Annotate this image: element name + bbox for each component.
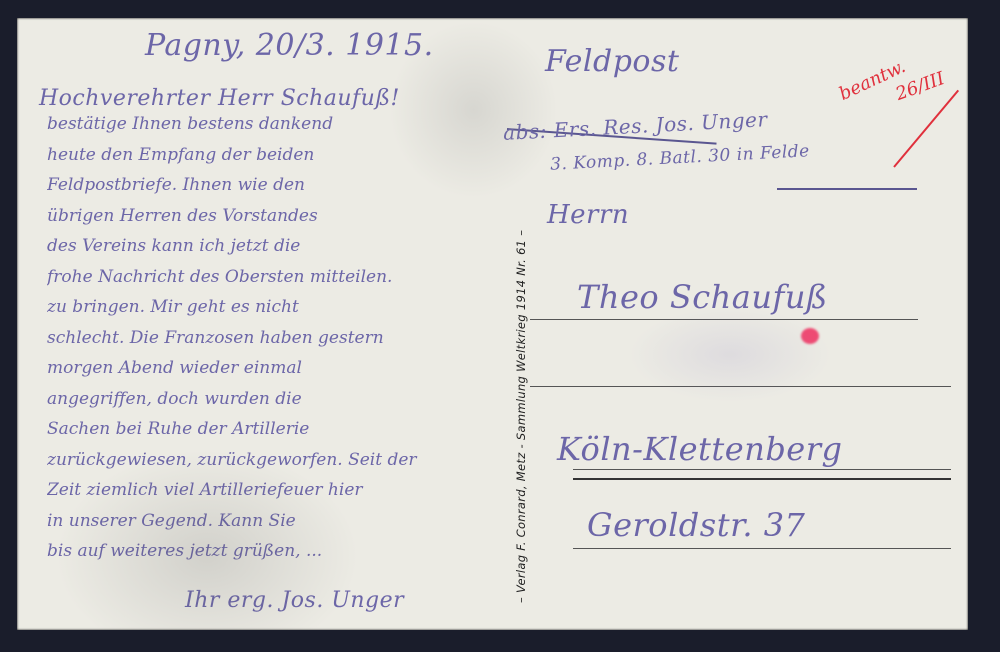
message-line: angegriffen, doch wurden die [47, 389, 477, 420]
recipient-city: Köln-Klettenberg [557, 430, 843, 468]
message-line: heute den Empfang der beiden [47, 145, 477, 176]
message-line: schlecht. Die Franzosen haben gestern [47, 328, 477, 359]
red-ink-spot [801, 328, 819, 344]
place-date: Pagny, 20/3. 1915. [145, 28, 434, 63]
recipient-name: Theo Schaufuß [577, 278, 828, 316]
signature: Ihr erg. Jos. Unger [185, 588, 404, 613]
address-line-2 [530, 386, 951, 387]
salutation: Hochverehrter Herr Schaufuß! [39, 86, 400, 111]
message-line: bestätige Ihnen bestens dankend [47, 114, 477, 145]
recipient-street: Geroldstr. 37 [587, 506, 805, 544]
postcard: Pagny, 20/3. 1915. Hochverehrter Herr Sc… [17, 18, 968, 630]
message-line: des Vereins kann ich jetzt die [47, 236, 477, 267]
message-line: zu bringen. Mir geht es nicht [47, 297, 477, 328]
publisher-imprint: – Verlag F. Conrard, Metz - Sammlung Wel… [514, 230, 528, 603]
recipient-title: Herrn [547, 200, 629, 230]
message-line: Zeit ziemlich viel Artilleriefeuer hier [47, 480, 477, 511]
address-line-3 [573, 469, 951, 470]
address-line-4 [573, 548, 951, 549]
message-line: übrigen Herren des Vorstandes [47, 206, 477, 237]
sender-underline [777, 188, 917, 190]
message-line: zurückgewiesen, zurückgeworfen. Seit der [47, 450, 477, 481]
message-line: Sachen bei Ruhe der Artillerie [47, 419, 477, 450]
message-line: bis auf weiteres jetzt grüßen, ... [47, 541, 477, 572]
message-line: Feldpostbriefe. Ihnen wie den [47, 175, 477, 206]
sender-line-1: abs: Ers. Res. Jos. Unger [503, 107, 768, 145]
address-line-3b [573, 478, 951, 480]
feldpost-header: Feldpost [545, 44, 679, 79]
sender-line-2: 3. Komp. 8. Batl. 30 in Felde [550, 141, 811, 175]
message-line: morgen Abend wieder einmal [47, 358, 477, 389]
message-body: bestätige Ihnen bestens dankend heute de… [47, 114, 477, 572]
message-line: frohe Nachricht des Obersten mitteilen. [47, 267, 477, 298]
address-line-1 [530, 319, 918, 320]
message-line: in unserer Gegend. Kann Sie [47, 511, 477, 542]
